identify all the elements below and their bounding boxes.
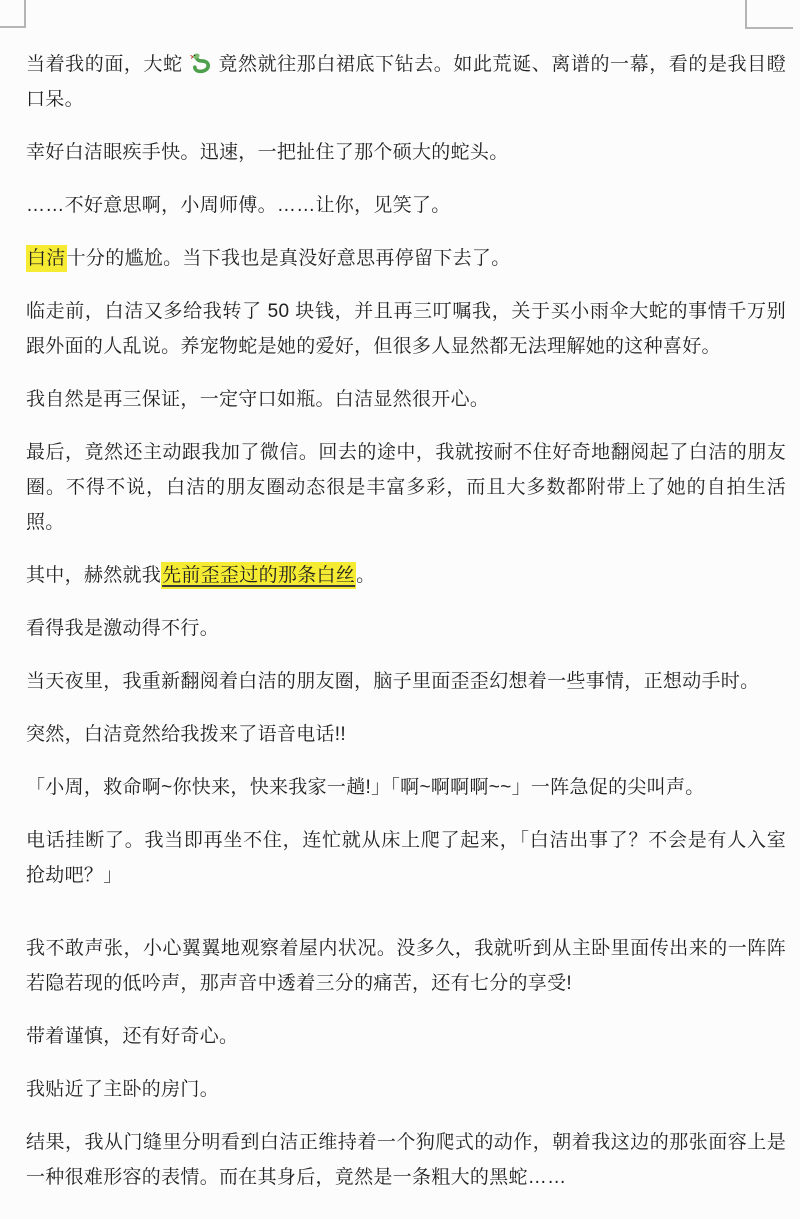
text-run: 临走前，白洁又多给我转了 50 块钱，并且再三叮嘱我，关于买小雨伞大蛇的事情千万…: [26, 301, 786, 357]
document-page: 当着我的面，大蛇 竟然就往那白裙底下钻去。如此荒诞、离谱的一幕，看的是我目瞪口呆…: [0, 0, 800, 1219]
highlighted-text: 白洁: [26, 245, 67, 272]
text-run: 。: [356, 565, 375, 586]
text-run: ……不好意思啊，小周师傅。……让你，见笑了。: [26, 195, 451, 216]
text-run: 突然，白洁竟然给我拨来了语音电话!!: [26, 724, 346, 745]
paragraph-p2: 幸好白洁眼疾手快。迅速，一把扯住了那个硕大的蛇头。: [26, 135, 786, 170]
paragraph-p11: 突然，白洁竟然给我拨来了语音电话!!: [26, 717, 786, 752]
snake-emoji-icon: [190, 52, 212, 74]
paragraph-p7: 最后，竟然还主动跟我加了微信。回去的途中，我就按耐不住好奇地翻阅起了白洁的朋友圈…: [26, 435, 786, 540]
paragraph-p9: 看得我是激动得不行。: [26, 611, 786, 646]
text-run: 我不敢声张，小心翼翼地观察着屋内状况。没多久，我就听到从主卧里面传出来的一阵阵若…: [26, 938, 786, 994]
text-run: 带着谨慎，还有好奇心。: [26, 1026, 238, 1047]
text-run: 当着我的面，大蛇: [26, 54, 183, 75]
text-run: 其中，赫然就我: [26, 565, 161, 586]
paragraph-p12: 「小周，救命啊~你快来，快来我家一趟!」「啊~啊啊啊~~」一阵急促的尖叫声。: [26, 770, 786, 805]
paragraph-p6: 我自然是再三保证，一定守口如瓶。白洁显然很开心。: [26, 382, 786, 417]
text-run: 结果，我从门缝里分明看到白洁正维持着一个狗爬式的动作，朝着我这边的那张面容上是一…: [26, 1132, 786, 1188]
text-run: 电话挂断了。我当即再坐不住，连忙就从床上爬了起来，「白洁出事了？不会是有人入室抢…: [26, 830, 786, 886]
paragraph-p16: 我贴近了主卧的房门。: [26, 1072, 786, 1107]
paragraph-p17: 结果，我从门缝里分明看到白洁正维持着一个狗爬式的动作，朝着我这边的那张面容上是一…: [26, 1125, 786, 1195]
text-run: 最后，竟然还主动跟我加了微信。回去的途中，我就按耐不住好奇地翻阅起了白洁的朋友圈…: [26, 442, 786, 533]
document-body: 当着我的面，大蛇 竟然就往那白裙底下钻去。如此荒诞、离谱的一幕，看的是我目瞪口呆…: [26, 47, 786, 1213]
text-boundary-corner-mark-top-left: [0, 0, 26, 28]
text-run: 当天夜里，我重新翻阅着白洁的朋友圈，脑子里面歪歪幻想着一些事情，正想动手时。: [26, 671, 759, 692]
paragraph-p1: 当着我的面，大蛇 竟然就往那白裙底下钻去。如此荒诞、离谱的一幕，看的是我目瞪口呆…: [26, 47, 786, 117]
paragraph-p13: 电话挂断了。我当即再坐不住，连忙就从床上爬了起来，「白洁出事了？不会是有人入室抢…: [26, 823, 786, 893]
highlighted-text: 先前歪歪过的那条白丝: [161, 562, 356, 589]
text-run: 我贴近了主卧的房门。: [26, 1079, 219, 1100]
paragraph-p14: 我不敢声张，小心翼翼地观察着屋内状况。没多久，我就听到从主卧里面传出来的一阵阵若…: [26, 931, 786, 1001]
text-run: 幸好白洁眼疾手快。迅速，一把扯住了那个硕大的蛇头。: [26, 142, 509, 163]
paragraph-p10: 当天夜里，我重新翻阅着白洁的朋友圈，脑子里面歪歪幻想着一些事情，正想动手时。: [26, 664, 786, 699]
text-run: 看得我是激动得不行。: [26, 618, 219, 639]
paragraph-p8: 其中，赫然就我先前歪歪过的那条白丝。: [26, 558, 786, 593]
paragraph-p3: ……不好意思啊，小周师傅。……让你，见笑了。: [26, 188, 786, 223]
text-boundary-corner-mark-top-right: [745, 0, 793, 29]
paragraph-p4: 白洁十分的尴尬。当下我也是真没好意思再停留下去了。: [26, 241, 786, 276]
text-run: 「小周，救命啊~你快来，快来我家一趟!」「啊~啊啊啊~~」一阵急促的尖叫声。: [26, 777, 705, 798]
text-run: 我自然是再三保证，一定守口如瓶。白洁显然很开心。: [26, 389, 489, 410]
paragraph-p15: 带着谨慎，还有好奇心。: [26, 1019, 786, 1054]
text-run: 十分的尴尬。当下我也是真没好意思再停留下去了。: [67, 248, 511, 269]
paragraph-p5: 临走前，白洁又多给我转了 50 块钱，并且再三叮嘱我，关于买小雨伞大蛇的事情千万…: [26, 294, 786, 364]
